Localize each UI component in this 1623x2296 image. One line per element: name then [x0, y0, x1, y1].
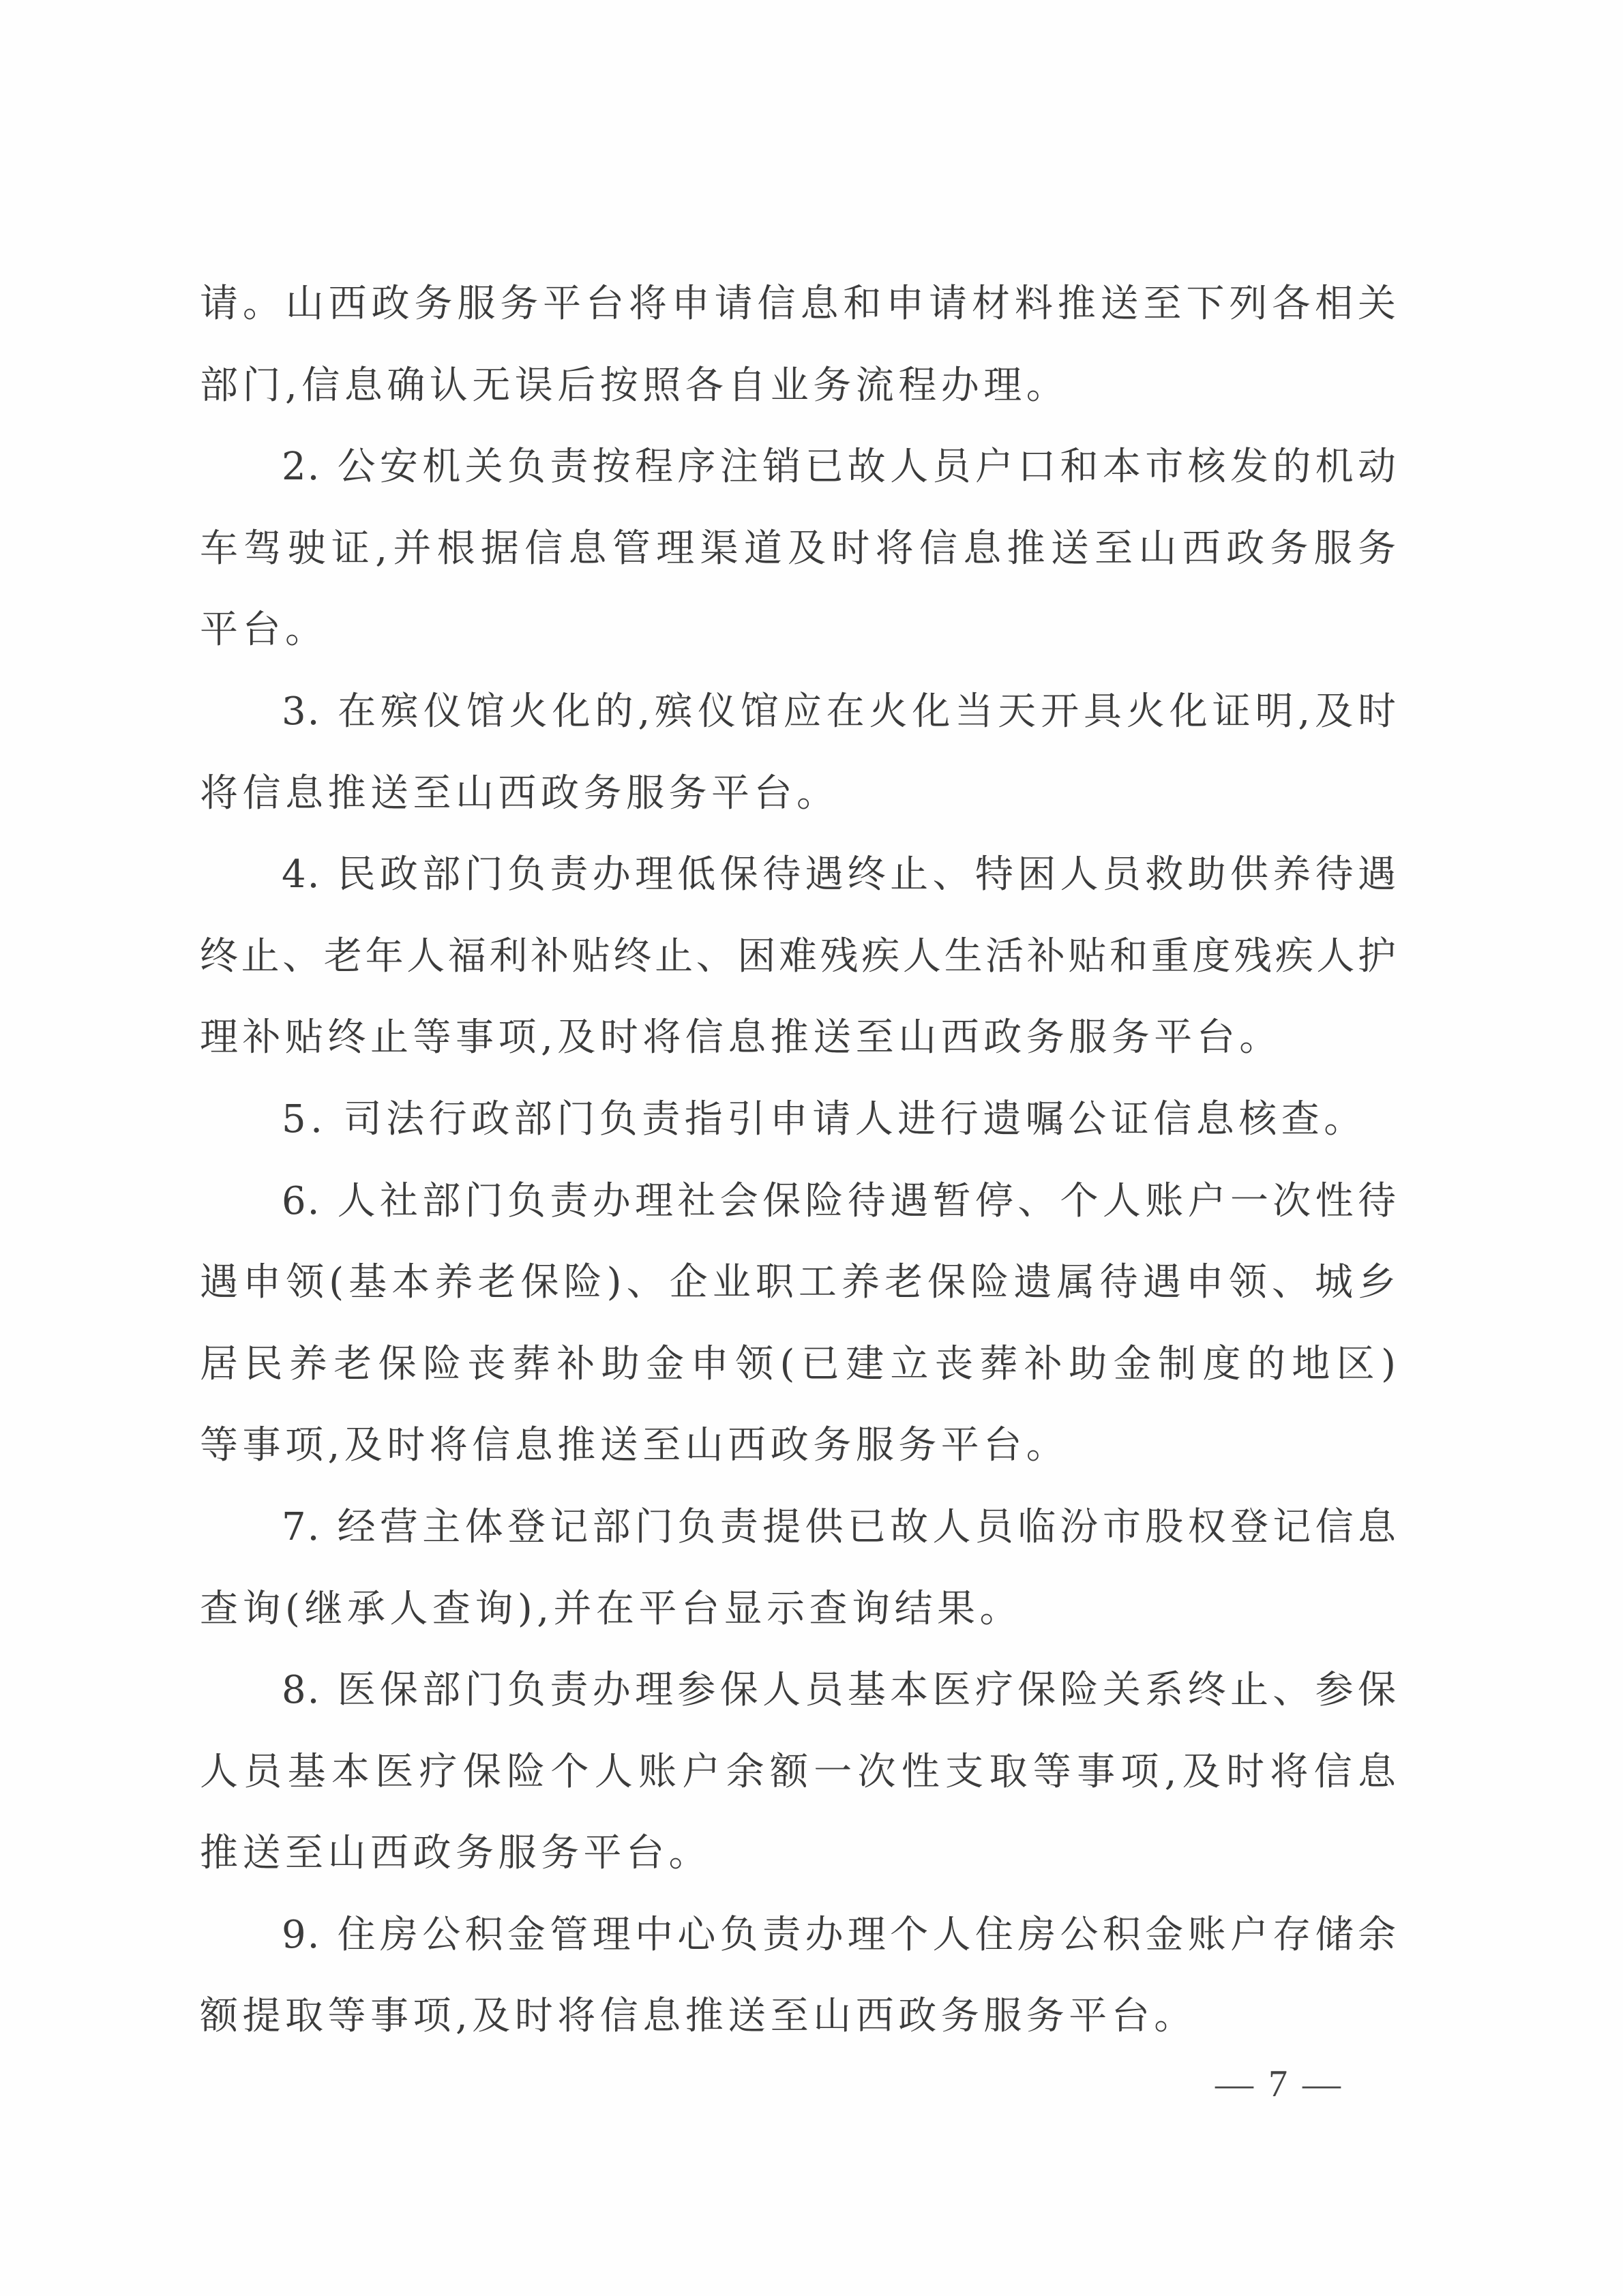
paragraph-item-8-medical-insurance: 8. 医保部门负责办理参保人员基本医疗保险关系终止、参保 人员基本医疗保险个人账…: [200, 1660, 1397, 1905]
text-line: 遇申领(基本养老保险)、企业职工养老保险遗属待遇申领、城乡: [200, 1253, 1397, 1335]
text-line: 额提取等事项,及时将信息推送至山西政务服务平台。: [200, 1986, 1397, 2068]
page-number: — 7 —: [1211, 2063, 1347, 2104]
text-line: 理补贴终止等事项,及时将信息推送至山西政务服务平台。: [200, 1008, 1397, 1090]
paragraph-item-4-civil-affairs: 4. 民政部门负责办理低保待遇终止、特困人员救助供养待遇 终止、老年人福利补贴终…: [200, 845, 1397, 1090]
text-line: 居民养老保险丧葬补助金申领(已建立丧葬补助金制度的地区): [200, 1335, 1397, 1416]
text-line: 6. 人社部门负责办理社会保险待遇暂停、个人账户一次性待: [200, 1172, 1397, 1253]
paragraph-item-5-judicial: 5. 司法行政部门负责指引申请人进行遗嘱公证信息核查。: [200, 1090, 1397, 1172]
text-line: 3. 在殡仪馆火化的,殡仪馆应在火化当天开具火化证明,及时: [200, 682, 1397, 764]
text-line: 2. 公安机关负责按程序注销已故人员户口和本市核发的机动: [200, 437, 1397, 519]
body-text: 请。山西政务服务平台将申请信息和申请材料推送至下列各相关 部门,信息确认无误后按…: [200, 274, 1397, 2068]
paragraph-item-7-business-registration: 7. 经营主体登记部门负责提供已故人员临汾市股权登记信息 查询(继承人查询),并…: [200, 1497, 1397, 1660]
text-line: 请。山西政务服务平台将申请信息和申请材料推送至下列各相关: [200, 274, 1397, 356]
text-line: 5. 司法行政部门负责指引申请人进行遗嘱公证信息核查。: [200, 1090, 1397, 1172]
paragraph-item-2-public-security: 2. 公安机关负责按程序注销已故人员户口和本市核发的机动 车驾驶证,并根据信息管…: [200, 437, 1397, 682]
text-line: 查询(继承人查询),并在平台显示查询结果。: [200, 1579, 1397, 1661]
text-line: 人员基本医疗保险个人账户余额一次性支取等事项,及时将信息: [200, 1742, 1397, 1824]
text-line: 车驾驶证,并根据信息管理渠道及时将信息推送至山西政务服务: [200, 519, 1397, 601]
paragraph-item-6-human-resources: 6. 人社部门负责办理社会保险待遇暂停、个人账户一次性待 遇申领(基本养老保险)…: [200, 1172, 1397, 1497]
text-line: 4. 民政部门负责办理低保待遇终止、特困人员救助供养待遇: [200, 845, 1397, 927]
paragraph-continuation: 请。山西政务服务平台将申请信息和申请材料推送至下列各相关 部门,信息确认无误后按…: [200, 274, 1397, 437]
document-page: 请。山西政务服务平台将申请信息和申请材料推送至下列各相关 部门,信息确认无误后按…: [0, 0, 1623, 2296]
text-line: 部门,信息确认无误后按照各自业务流程办理。: [200, 356, 1397, 438]
text-line: 9. 住房公积金管理中心负责办理个人住房公积金账户存储余: [200, 1905, 1397, 1987]
text-line: 终止、老年人福利补贴终止、困难残疾人生活补贴和重度残疾人护: [200, 927, 1397, 1009]
text-line: 将信息推送至山西政务服务平台。: [200, 764, 1397, 846]
text-line: 推送至山西政务服务平台。: [200, 1823, 1397, 1905]
text-line: 等事项,及时将信息推送至山西政务服务平台。: [200, 1416, 1397, 1497]
text-line: 平台。: [200, 600, 1397, 682]
paragraph-item-3-funeral-home: 3. 在殡仪馆火化的,殡仪馆应在火化当天开具火化证明,及时 将信息推送至山西政务…: [200, 682, 1397, 845]
paragraph-item-9-housing-fund: 9. 住房公积金管理中心负责办理个人住房公积金账户存储余 额提取等事项,及时将信…: [200, 1905, 1397, 2068]
text-line: 8. 医保部门负责办理参保人员基本医疗保险关系终止、参保: [200, 1660, 1397, 1742]
text-line: 7. 经营主体登记部门负责提供已故人员临汾市股权登记信息: [200, 1497, 1397, 1579]
